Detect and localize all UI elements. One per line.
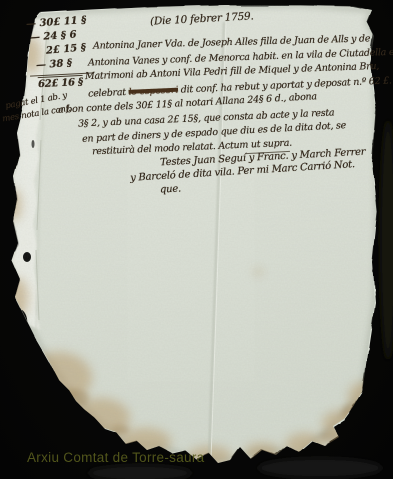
margin-figure: — 24 § 6 xyxy=(30,29,77,43)
body-line-4-pre: celebrat xyxy=(88,87,129,100)
date-line: (Die 10 febrer 1759. xyxy=(150,10,254,27)
crossed-out-word: lo esposori xyxy=(128,85,178,98)
margin-figure: 2£ 15 § xyxy=(46,42,87,56)
margin-figure: — 30£ 11 § xyxy=(26,15,87,30)
closing-line-3: que. xyxy=(160,183,182,195)
archive-watermark: Arxiu Comtat de Torre-saura xyxy=(27,450,204,465)
manuscript-text: (Die 10 febrer 1759. — 30£ 11 § — 24 § 6… xyxy=(0,0,393,479)
document-photo: (Die 10 febrer 1759. — 30£ 11 § — 24 § 6… xyxy=(0,0,393,479)
margin-figure: — 38 § xyxy=(36,58,73,71)
margin-total: 62£ 16 § xyxy=(38,75,84,90)
